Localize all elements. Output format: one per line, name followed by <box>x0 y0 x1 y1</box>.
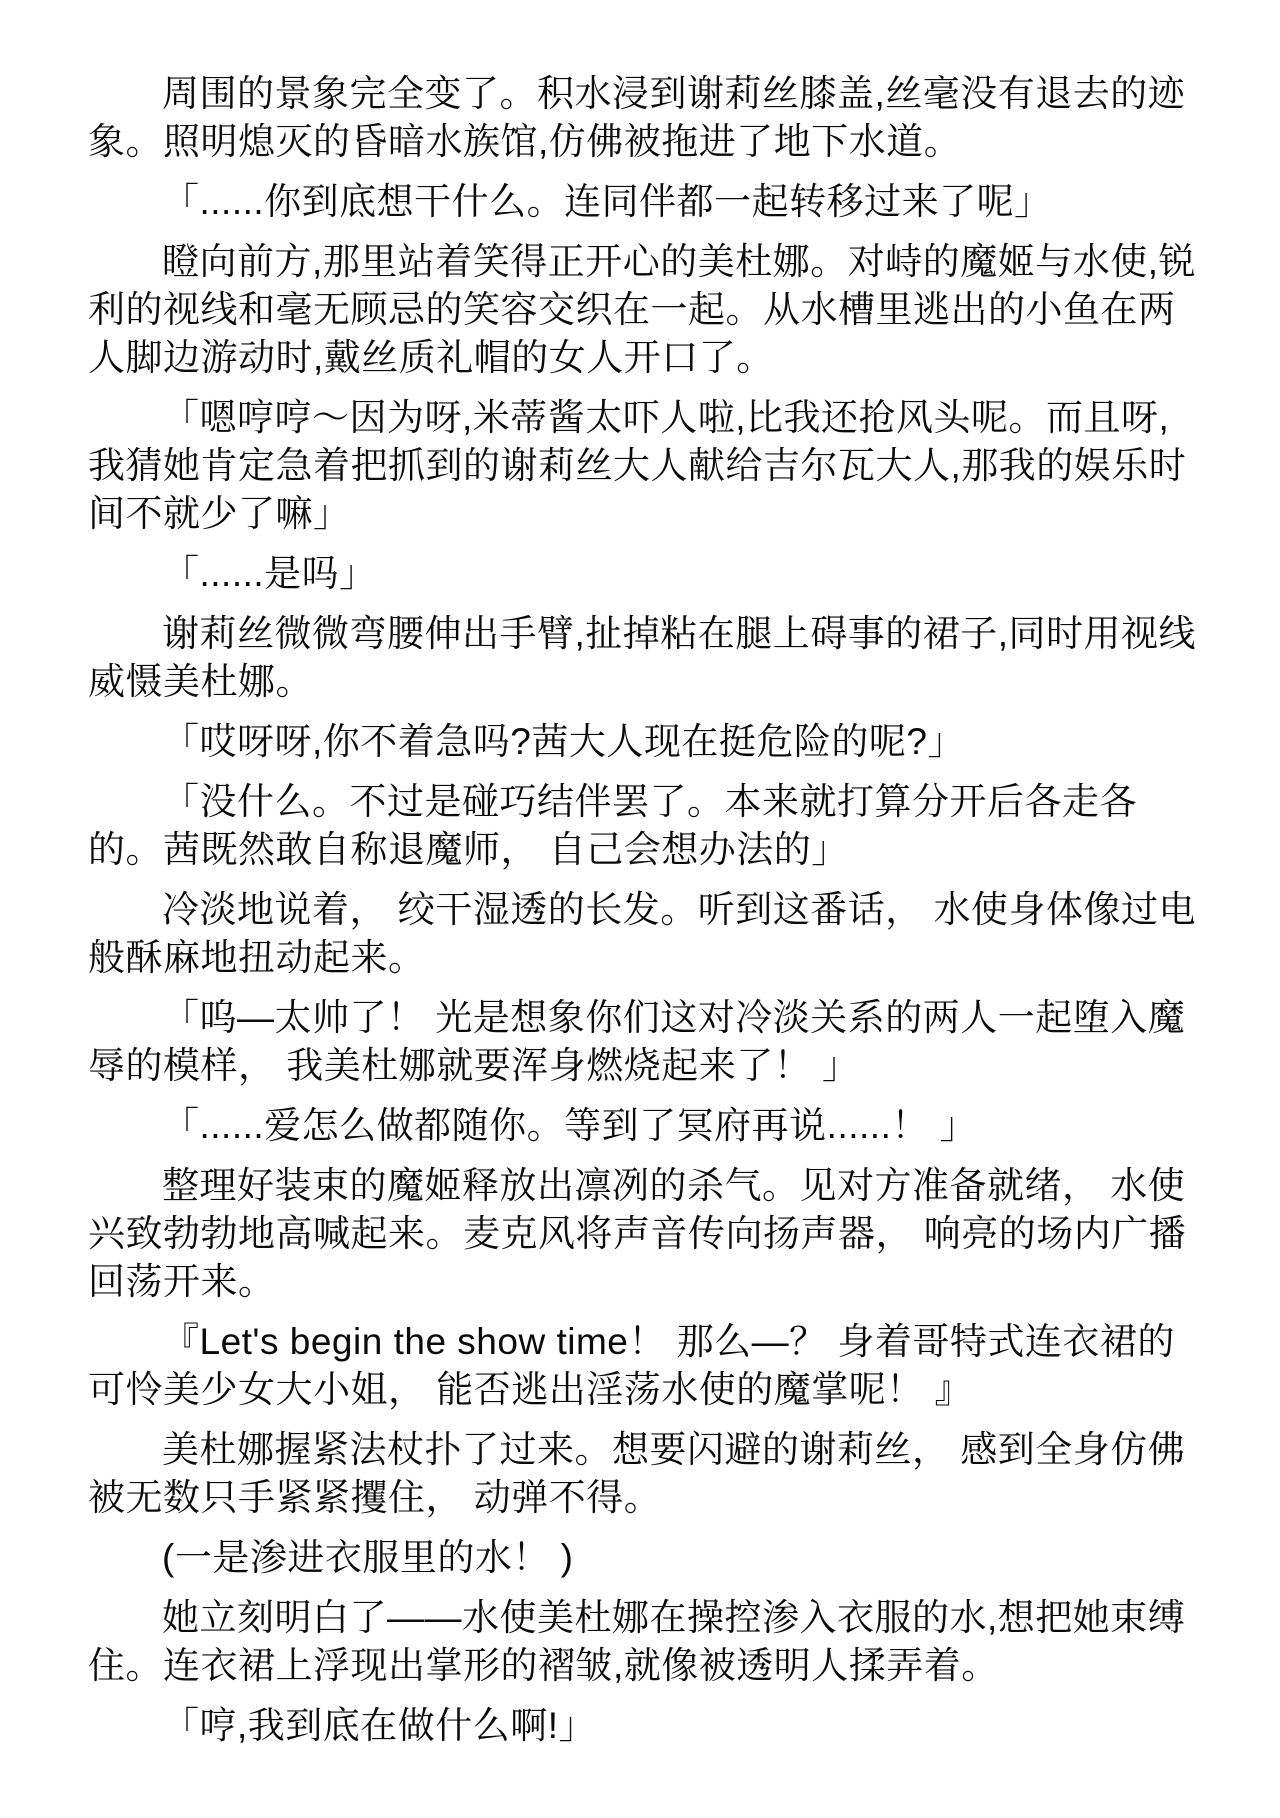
paragraph-narration-6: 美杜娜握紧法杖扑了过来。想要闪避的谢莉丝， 感到全身仿佛被无数只手紧紧攫住， 动… <box>88 1426 1202 1522</box>
paragraph-narration-4: 冷淡地说着， 绞干湿透的长发。听到这番话， 水使身体像过电般酥麻地扭动起来。 <box>88 886 1202 982</box>
paragraph-dialogue-7: 「......爱怎么做都随你。等到了冥府再说......！ 」 <box>88 1102 1202 1150</box>
paragraph-dialogue-4: 「哎呀呀,你不着急吗?茜大人现在挺危险的呢?」 <box>88 718 1202 766</box>
paragraph-thought-1: (一是渗进衣服里的水！ ) <box>88 1534 1202 1582</box>
paragraph-dialogue-6: 「呜—太帅了！ 光是想象你们这对冷淡关系的两人一起堕入魔辱的模样， 我美杜娜就要… <box>88 994 1202 1090</box>
paragraph-dialogue-2: 「嗯哼哼～因为呀,米蒂酱太吓人啦,比我还抢风头呢。而且呀,我猜她肯定急着把抓到的… <box>88 394 1202 538</box>
paragraph-dialogue-3: 「......是吗」 <box>88 550 1202 598</box>
paragraph-narration-2: 瞪向前方,那里站着笑得正开心的美杜娜。对峙的魔姬与水使,锐利的视线和毫无顾忌的笑… <box>88 238 1202 382</box>
paragraph-narration-5: 整理好装束的魔姬释放出凛冽的杀气。见对方准备就绪， 水使兴致勃勃地高喊起来。麦克… <box>88 1162 1202 1306</box>
paragraph-dialogue-8: 「哼,我到底在做什么啊!」 <box>88 1702 1202 1750</box>
paragraph-dialogue-1: 「......你到底想干什么。连同伴都一起转移过来了呢」 <box>88 178 1202 226</box>
paragraph-narration-1: 周围的景象完全变了。积水浸到谢莉丝膝盖,丝毫没有退去的迹象。照明熄灭的昏暗水族馆… <box>88 70 1202 166</box>
paragraph-narration-3: 谢莉丝微微弯腰伸出手臂,扯掉粘在腿上碍事的裙子,同时用视线威慑美杜娜。 <box>88 610 1202 706</box>
novel-page: 周围的景象完全变了。积水浸到谢莉丝膝盖,丝毫没有退去的迹象。照明熄灭的昏暗水族馆… <box>0 0 1280 1818</box>
paragraph-narration-7: 她立刻明白了——水使美杜娜在操控渗入衣服的水,想把她束缚住。连衣裙上浮现出掌形的… <box>88 1594 1202 1690</box>
paragraph-dialogue-5: 「没什么。不过是碰巧结伴罢了。本来就打算分开后各走各的。茜既然敢自称退魔师， 自… <box>88 778 1202 874</box>
paragraph-announcement-1: 『Let's begin the show time！ 那么—？ 身着哥特式连衣… <box>88 1318 1202 1414</box>
